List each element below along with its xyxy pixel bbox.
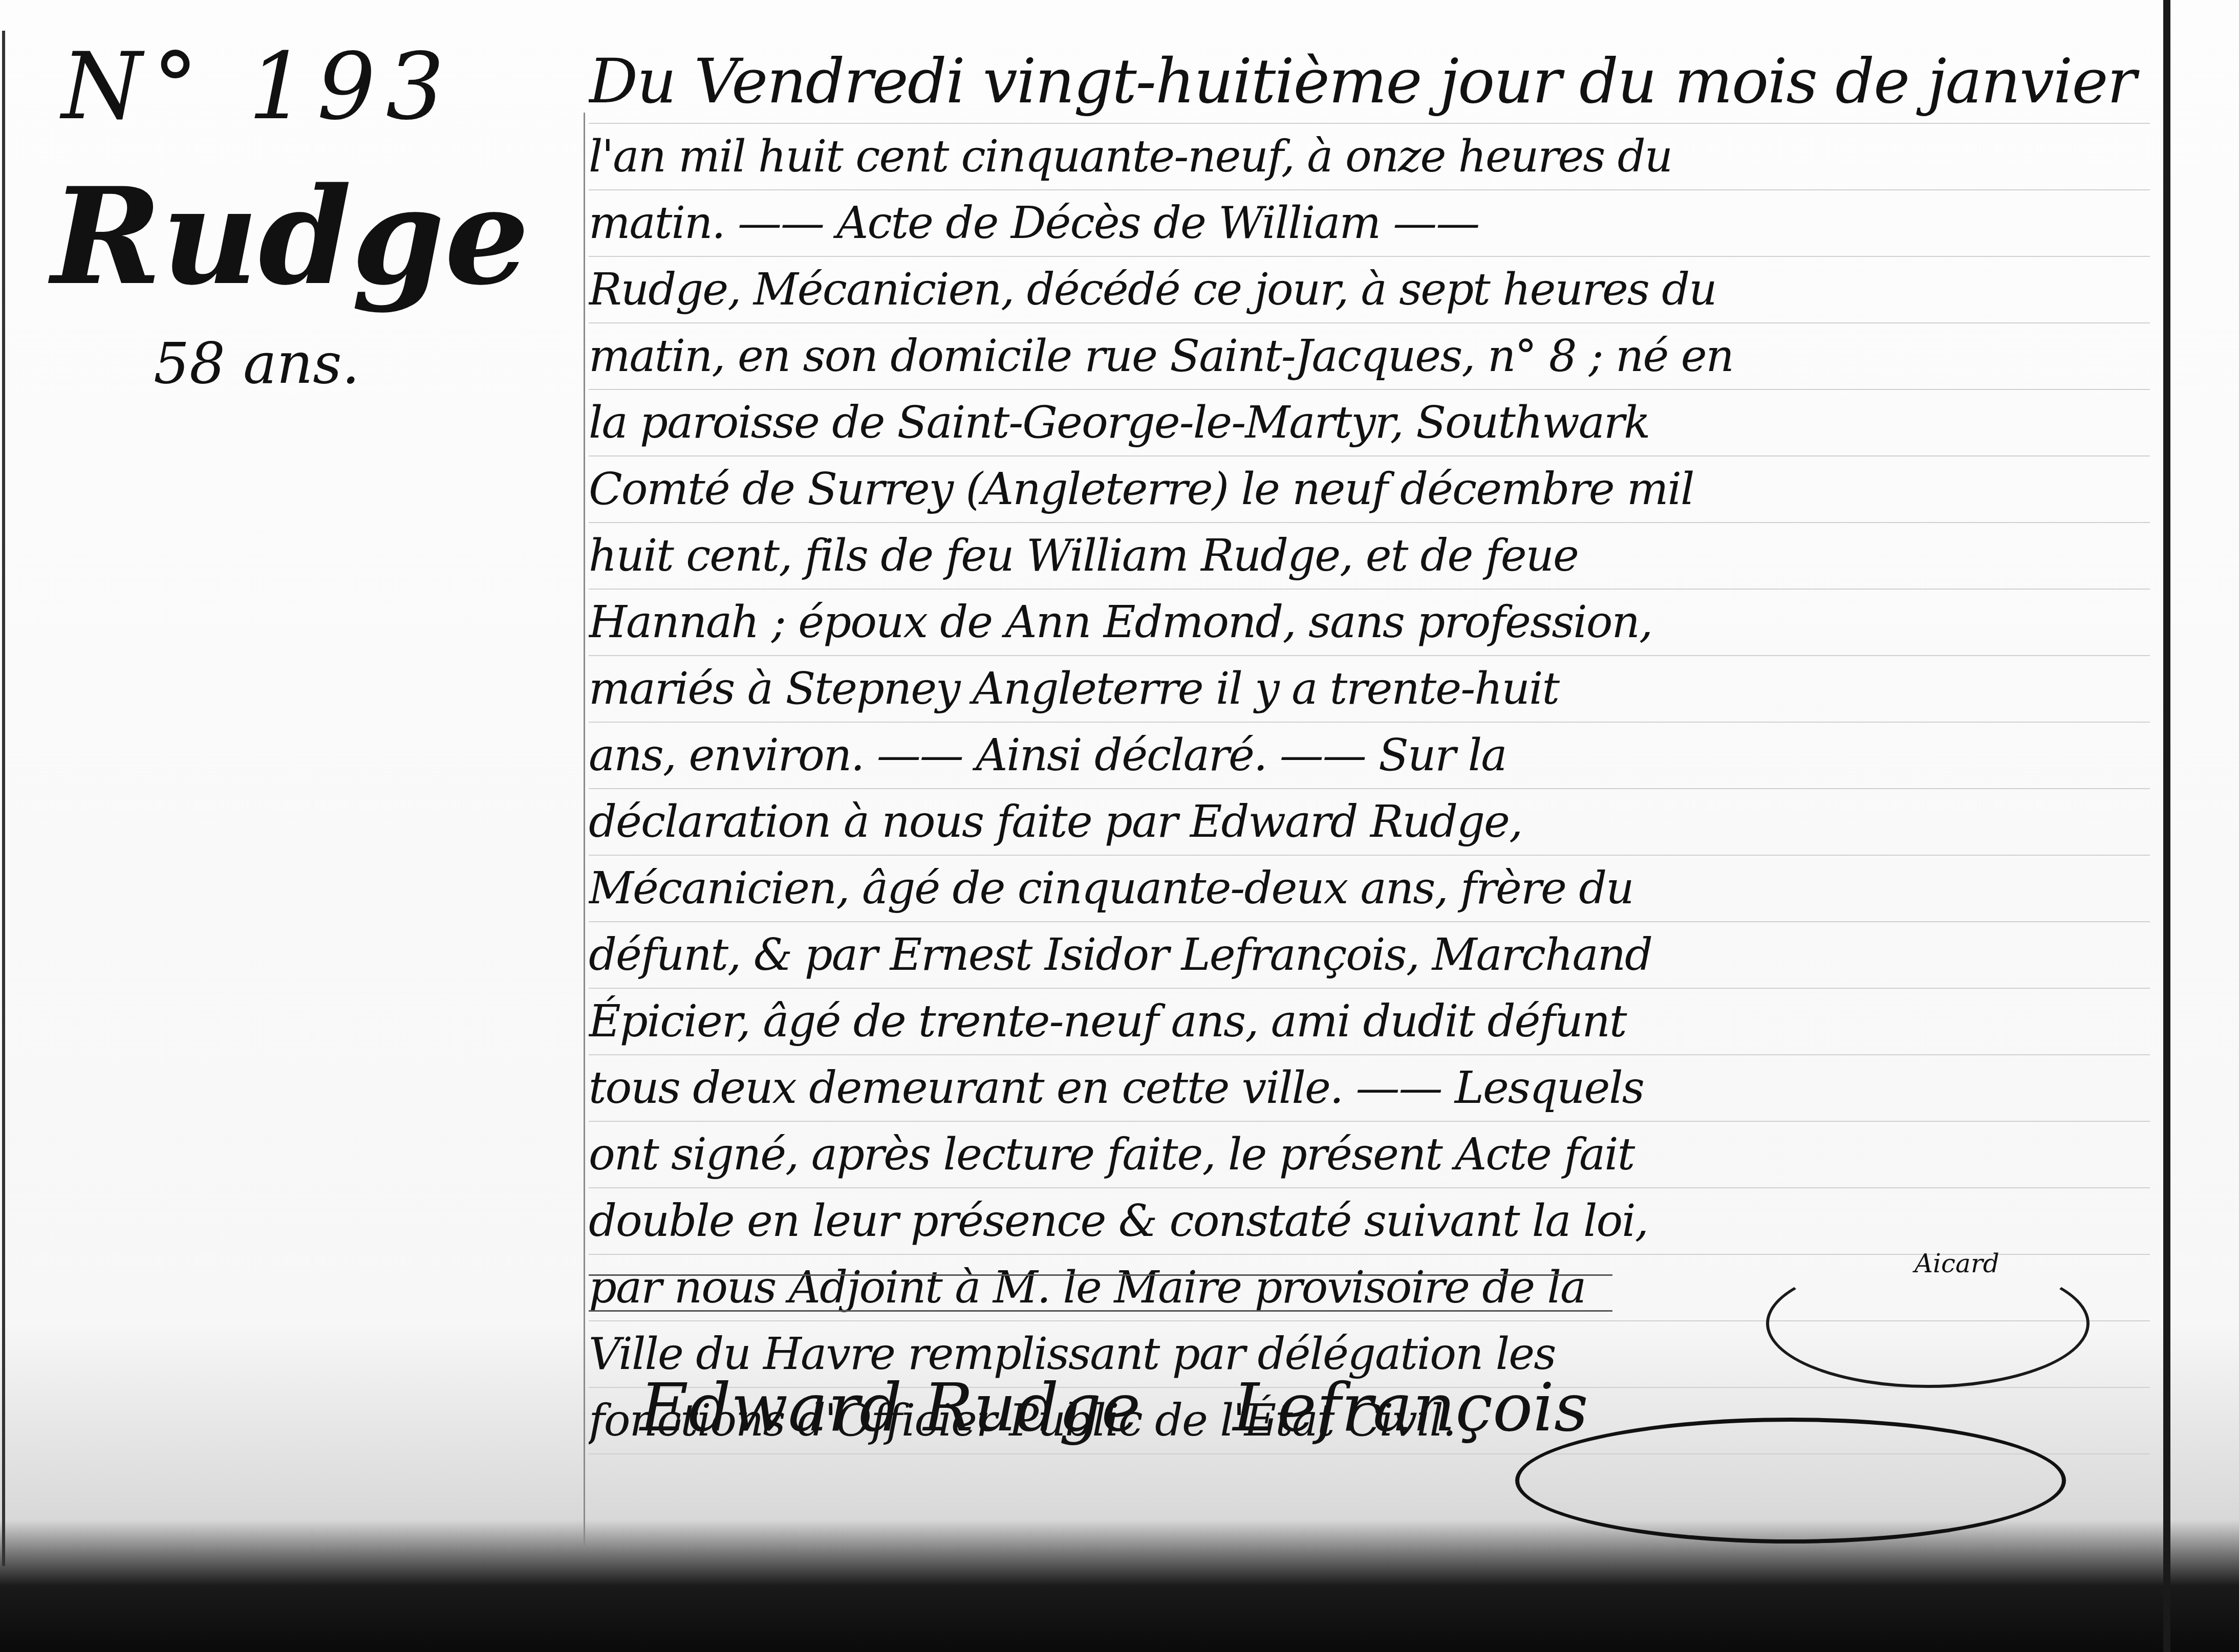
act-line: mariés à Stepney Angleterre il y a trent… — [589, 656, 2150, 723]
act-line: la paroisse de Saint-George-le-Martyr, S… — [589, 390, 2150, 457]
act-line: l'an mil huit cent cinquante-neuf, à onz… — [589, 124, 2150, 190]
act-line: Du Vendredi vingt-huitième jour du mois … — [589, 41, 2150, 124]
act-line: Mécanicien, âgé de cinquante-deux ans, f… — [589, 856, 2150, 922]
left-page-edge — [2, 31, 5, 1566]
signature-rule — [589, 1274, 1612, 1276]
act-line: Hannah ; époux de Ann Edmond, sans profe… — [589, 590, 2150, 656]
act-line: huit cent, fils de feu William Rudge, et… — [589, 523, 2150, 590]
register-page: N° 193 Rudge 58 ans. Du Vendredi vingt-h… — [0, 0, 2239, 1652]
declarant-signatures: Edward Rudge Lefrançois — [640, 1346, 2124, 1469]
margin-column: N° 193 Rudge 58 ans. — [31, 41, 568, 396]
signature-rule — [589, 1310, 1612, 1312]
act-line: déclaration à nous faite par Edward Rudg… — [589, 789, 2150, 856]
deceased-surname: Rudge — [51, 164, 568, 310]
act-line: matin, en son domicile rue Saint-Jacques… — [589, 323, 2150, 390]
signature-edward-rudge: Edward Rudge — [640, 1368, 1141, 1446]
deceased-age: 58 ans. — [154, 331, 568, 396]
act-line: Épicier, âgé de trente-neuf ans, ami dud… — [589, 989, 2150, 1055]
act-line: défunt, & par Ernest Isidor Lefrançois, … — [589, 922, 2150, 989]
act-line: tous deux demeurant en cette ville. —— L… — [589, 1055, 2150, 1122]
entry-number: N° 193 — [61, 41, 568, 133]
right-page-edge — [2163, 0, 2170, 1652]
act-line: double en leur présence & constaté suiva… — [589, 1188, 2150, 1255]
margin-rule — [584, 113, 585, 1546]
act-line: matin. —— Acte de Décès de William —— — [589, 190, 2150, 257]
act-line: Rudge, Mécanicien, décédé ce jour, à sep… — [589, 257, 2150, 323]
act-line: Comté de Surrey (Angleterre) le neuf déc… — [589, 457, 2150, 523]
act-line: ont signé, après lecture faite, le prése… — [589, 1122, 2150, 1188]
act-line: ans, environ. —— Ainsi déclaré. —— Sur l… — [589, 723, 2150, 789]
death-act-text: Du Vendredi vingt-huitième jour du mois … — [589, 41, 2150, 1454]
signature-lefrancois: Lefrançois — [1233, 1368, 1588, 1446]
official-signature: Aicard — [1914, 1249, 1999, 1278]
